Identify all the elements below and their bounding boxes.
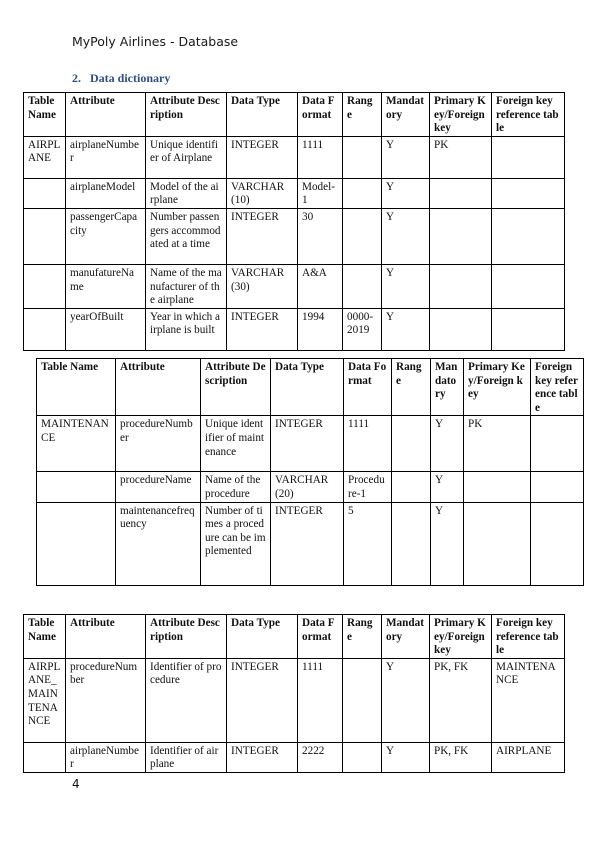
table-row: passengerCapacity Number passengers acco… [24,208,565,264]
table-header-row: Table Name Attribute Attribute Descripti… [24,615,565,659]
cell-data-format: 1111 [344,416,392,472]
data-dictionary-table-airplane: Table Name Attribute Attribute Descripti… [23,92,565,351]
section-title: Data dictionary [90,71,170,85]
cell-data-type: INTEGER [271,502,344,585]
cell-data-format: 5 [344,502,392,585]
header-table-name: Table Name [24,93,66,137]
cell-range [392,472,431,502]
cell-mandatory: Y [382,178,430,208]
cell-range [343,658,382,742]
table-row: airplaneNumber Identifier of airplane IN… [24,742,565,772]
cell-mandatory: Y [382,308,430,350]
cell-attribute: passengerCapacity [66,208,146,264]
header-table-name: Table Name [37,359,116,416]
table-row: airplaneModel Model of the airplane VARC… [24,178,565,208]
cell-fk-ref [492,136,565,178]
cell-attribute: manufatureName [66,264,146,308]
header-data-type: Data Type [227,615,298,659]
cell-data-format: Procedure-1 [344,472,392,502]
cell-data-format: Model-1 [298,178,343,208]
cell-table-name: AIRPLANE_MAINTENANCE [24,658,66,742]
cell-fk-ref [531,472,584,502]
cell-description: Unique identifier of Airplane [146,136,227,178]
cell-attribute: yearOfBuilt [66,308,146,350]
header-data-format: Data Format [298,93,343,137]
cell-table-name [24,264,66,308]
cell-fk-ref: MAINTENANCE [492,658,565,742]
header-attribute-description: Attribute Description [201,359,271,416]
cell-data-format: 1111 [298,136,343,178]
header-attribute-description: Attribute Description [146,93,227,137]
cell-table-name: AIRPLANE [24,136,66,178]
table-row: MAINTENANCE procedureNumber Unique ident… [37,416,584,472]
table-row: yearOfBuilt Year in which airplane is bu… [24,308,565,350]
cell-data-type: VARCHAR (20) [271,472,344,502]
cell-mandatory: Y [382,658,430,742]
cell-data-type: INTEGER [227,208,298,264]
cell-description: Name of the procedure [201,472,271,502]
cell-description: Identifier of airplane [146,742,227,772]
cell-key [430,178,492,208]
cell-table-name: MAINTENANCE [37,416,116,472]
cell-fk-ref [492,264,565,308]
cell-range: 0000-2019 [343,308,382,350]
cell-description: Identifier of procedure [146,658,227,742]
cell-fk-ref [492,208,565,264]
header-fk-reference-table: Foreign key reference table [492,93,565,137]
header-mandatory: Mandatory [382,615,430,659]
cell-attribute: procedureNumber [116,416,201,472]
section-number: 2. [72,71,90,86]
cell-range [343,178,382,208]
table-row: manufatureName Name of the manufacturer … [24,264,565,308]
header-fk-reference-table: Foreign key reference table [492,615,565,659]
cell-table-name [24,178,66,208]
cell-key [464,502,531,585]
data-dictionary-table-airplane-maintenance: Table Name Attribute Attribute Descripti… [23,614,565,773]
cell-mandatory: Y [431,416,464,472]
cell-attribute: procedureName [116,472,201,502]
cell-table-name [24,208,66,264]
section-heading: 2.Data dictionary [72,71,170,86]
header-attribute-description: Attribute Description [146,615,227,659]
cell-description: Model of the airplane [146,178,227,208]
header-range: Range [392,359,431,416]
cell-description: Name of the manufacturer of the airplane [146,264,227,308]
header-primary-foreign-key: Primary Key/Foreign key [464,359,531,416]
table-row: procedureName Name of the procedure VARC… [37,472,584,502]
table-row: maintenancefrequency Number of times a p… [37,502,584,585]
cell-data-format: 1111 [298,658,343,742]
cell-fk-ref [492,308,565,350]
header-primary-foreign-key: Primary Key/Foreign key [430,93,492,137]
header-range: Range [343,615,382,659]
header-attribute: Attribute [66,93,146,137]
cell-description: Number passengers accommodated at a time [146,208,227,264]
cell-key: PK [430,136,492,178]
cell-table-name [37,472,116,502]
header-data-format: Data Format [344,359,392,416]
table-row: AIRPLANE airplaneNumber Unique identifie… [24,136,565,178]
cell-data-type: INTEGER [227,658,298,742]
cell-range [343,742,382,772]
cell-mandatory: Y [431,502,464,585]
cell-mandatory: Y [382,208,430,264]
cell-range [343,208,382,264]
cell-mandatory: Y [382,264,430,308]
data-dictionary-table-maintenance: Table Name Attribute Attribute Descripti… [36,358,584,586]
cell-key [430,308,492,350]
cell-table-name [24,308,66,350]
document-header-title: MyPoly Airlines - Database [72,34,238,49]
header-data-type: Data Type [227,93,298,137]
cell-fk-ref [531,416,584,472]
cell-attribute: maintenancefrequency [116,502,201,585]
cell-table-name [37,502,116,585]
cell-key [430,264,492,308]
cell-data-format: A&A [298,264,343,308]
cell-range [392,502,431,585]
header-attribute: Attribute [66,615,146,659]
header-mandatory: Mandatory [382,93,430,137]
cell-attribute: procedureNumber [66,658,146,742]
header-data-format: Data Format [298,615,343,659]
cell-data-format: 1994 [298,308,343,350]
cell-data-type: VARCHAR (10) [227,178,298,208]
cell-data-type: VARCHAR (30) [227,264,298,308]
cell-description: Number of times a procedure can be imple… [201,502,271,585]
cell-data-type: INTEGER [271,416,344,472]
cell-data-type: INTEGER [227,136,298,178]
header-range: Range [343,93,382,137]
cell-mandatory: Y [382,136,430,178]
page-number: 4 [72,777,80,791]
cell-mandatory: Y [382,742,430,772]
cell-attribute: airplaneNumber [66,742,146,772]
cell-key [464,472,531,502]
table-header-row: Table Name Attribute Attribute Descripti… [24,93,565,137]
header-mandatory: Mandatory [431,359,464,416]
cell-table-name [24,742,66,772]
cell-data-type: INTEGER [227,742,298,772]
cell-key: PK [464,416,531,472]
header-fk-reference-table: Foreign key reference table [531,359,584,416]
cell-description: Unique identifier of maintenance [201,416,271,472]
cell-key: PK, FK [430,742,492,772]
cell-range [392,416,431,472]
cell-mandatory: Y [431,472,464,502]
cell-key: PK, FK [430,658,492,742]
header-attribute: Attribute [116,359,201,416]
cell-data-format: 30 [298,208,343,264]
cell-attribute: airplaneNumber [66,136,146,178]
cell-attribute: airplaneModel [66,178,146,208]
table-row: AIRPLANE_MAINTENANCE procedureNumber Ide… [24,658,565,742]
cell-fk-ref [531,502,584,585]
cell-data-type: INTEGER [227,308,298,350]
cell-range [343,136,382,178]
cell-fk-ref [492,178,565,208]
cell-key [430,208,492,264]
header-primary-foreign-key: Primary Key/Foreign key [430,615,492,659]
cell-description: Year in which airplane is built [146,308,227,350]
cell-range [343,264,382,308]
cell-fk-ref: AIRPLANE [492,742,565,772]
table-header-row: Table Name Attribute Attribute Descripti… [37,359,584,416]
header-table-name: Table Name [24,615,66,659]
header-data-type: Data Type [271,359,344,416]
cell-data-format: 2222 [298,742,343,772]
